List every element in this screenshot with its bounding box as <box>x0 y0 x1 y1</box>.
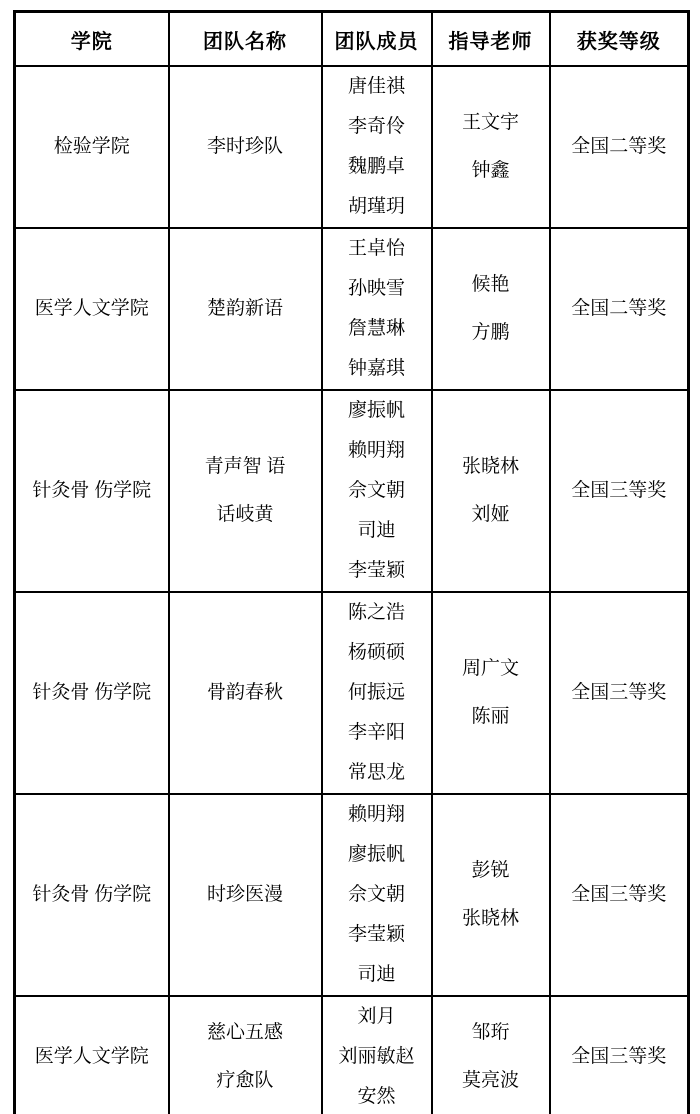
team-members-cell-line: 李辛阳 <box>323 713 431 753</box>
college-cell-line: 医学人文学院 <box>16 1033 168 1081</box>
award-level-cell-line: 全国二等奖 <box>551 123 688 171</box>
advisors-cell: 王文宇钟鑫 <box>432 66 550 228</box>
advisors-cell-line: 刘娅 <box>433 491 549 539</box>
team-name-cell: 青声智 语话岐黄 <box>169 390 322 592</box>
team-members-cell-line: 王卓怡 <box>323 229 431 269</box>
team-name-cell: 楚韵新语 <box>169 228 322 390</box>
award-level-cell-line: 全国三等奖 <box>551 1033 688 1081</box>
table-body: 检验学院李时珍队唐佳祺李奇伶魏鹏卓胡瑾玥王文宇钟鑫全国二等奖医学人文学院楚韵新语… <box>15 66 689 1114</box>
team-name-cell: 时珍医漫 <box>169 794 322 996</box>
table-header: 学院 团队名称 团队成员 指导老师 获奖等级 <box>15 12 689 67</box>
award-level-cell-line: 全国三等奖 <box>551 467 688 515</box>
team-members-cell: 廖振帆赖明翔佘文朝司迪李莹颖 <box>322 390 432 592</box>
team-members-cell-line: 廖振帆 <box>323 391 431 431</box>
table-row: 医学人文学院楚韵新语王卓怡孙映雪詹慧琳钟嘉琪候艳方鹏全国二等奖 <box>15 228 689 390</box>
advisors-cell-line: 方鹏 <box>433 309 549 357</box>
college-cell: 针灸骨 伤学院 <box>15 794 169 996</box>
team-name-cell-line: 话岐黄 <box>170 491 321 539</box>
college-cell-line: 针灸骨 伤学院 <box>16 669 168 717</box>
team-members-cell-line: 李莹颖 <box>323 551 431 591</box>
team-name-cell-line: 骨韵春秋 <box>170 669 321 717</box>
advisors-cell: 彭锐张晓林 <box>432 794 550 996</box>
team-name-cell-line: 青声智 语 <box>170 443 321 491</box>
advisors-cell-line: 陈丽 <box>433 693 549 741</box>
advisors-cell-line: 周广文 <box>433 645 549 693</box>
team-members-cell: 陈之浩杨硕硕何振远李辛阳常思龙 <box>322 592 432 794</box>
college-cell-line: 医学人文学院 <box>16 285 168 333</box>
team-members-cell-line: 佘文朝 <box>323 875 431 915</box>
team-members-cell-line: 唐佳祺 <box>323 67 431 107</box>
advisors-cell: 候艳方鹏 <box>432 228 550 390</box>
team-members-cell-line: 赖明翔 <box>323 795 431 835</box>
team-name-cell-line: 李时珍队 <box>170 123 321 171</box>
college-cell: 检验学院 <box>15 66 169 228</box>
college-cell: 针灸骨 伤学院 <box>15 592 169 794</box>
team-members-cell-line: 刘月 <box>323 997 431 1037</box>
team-name-cell-line: 疗愈队 <box>170 1057 321 1105</box>
team-members-cell-line: 佘文朝 <box>323 471 431 511</box>
header-team-members: 团队成员 <box>322 12 432 67</box>
team-members-cell: 赖明翔廖振帆佘文朝李莹颖司迪 <box>322 794 432 996</box>
award-level-cell-line: 全国二等奖 <box>551 285 688 333</box>
award-level-cell: 全国三等奖 <box>550 390 689 592</box>
award-level-cell: 全国三等奖 <box>550 592 689 794</box>
table-row: 针灸骨 伤学院时珍医漫赖明翔廖振帆佘文朝李莹颖司迪彭锐张晓林全国三等奖 <box>15 794 689 996</box>
team-members-cell-line: 常思龙 <box>323 753 431 793</box>
team-members-cell-line: 孙映雪 <box>323 269 431 309</box>
team-members-cell-line: 陈之浩 <box>323 593 431 633</box>
team-members-cell: 刘月刘丽敏赵安然 <box>322 996 432 1114</box>
team-members-cell-line: 杨硕硕 <box>323 633 431 673</box>
team-members-cell-line: 詹慧琳 <box>323 309 431 349</box>
college-cell: 医学人文学院 <box>15 996 169 1114</box>
team-members-cell-line: 何振远 <box>323 673 431 713</box>
award-level-cell-line: 全国三等奖 <box>551 871 688 919</box>
team-members-cell-line: 胡瑾玥 <box>323 187 431 227</box>
advisors-cell: 周广文陈丽 <box>432 592 550 794</box>
team-members-cell-line: 李奇伶 <box>323 107 431 147</box>
header-award-level: 获奖等级 <box>550 12 689 67</box>
team-name-cell: 李时珍队 <box>169 66 322 228</box>
awards-table: 学院 团队名称 团队成员 指导老师 获奖等级 检验学院李时珍队唐佳祺李奇伶魏鹏卓… <box>13 10 690 1114</box>
header-college: 学院 <box>15 12 169 67</box>
team-members-cell-line: 廖振帆 <box>323 835 431 875</box>
advisors-cell: 张晓林刘娅 <box>432 390 550 592</box>
advisors-cell-line: 王文宇 <box>433 99 549 147</box>
college-cell-line: 检验学院 <box>16 123 168 171</box>
header-row: 学院 团队名称 团队成员 指导老师 获奖等级 <box>15 12 689 67</box>
team-members-cell: 王卓怡孙映雪詹慧琳钟嘉琪 <box>322 228 432 390</box>
table-row: 医学人文学院慈心五感疗愈队刘月刘丽敏赵安然邹珩莫亮波全国三等奖 <box>15 996 689 1114</box>
team-members-cell-line: 魏鹏卓 <box>323 147 431 187</box>
college-cell-line: 针灸骨 伤学院 <box>16 467 168 515</box>
advisors-cell-line: 张晓林 <box>433 895 549 943</box>
team-members-cell: 唐佳祺李奇伶魏鹏卓胡瑾玥 <box>322 66 432 228</box>
advisors-cell-line: 候艳 <box>433 261 549 309</box>
team-members-cell-line: 司迪 <box>323 955 431 995</box>
college-cell: 针灸骨 伤学院 <box>15 390 169 592</box>
header-team-name: 团队名称 <box>169 12 322 67</box>
college-cell: 医学人文学院 <box>15 228 169 390</box>
advisors-cell-line: 邹珩 <box>433 1009 549 1057</box>
document-page: 学院 团队名称 团队成员 指导老师 获奖等级 检验学院李时珍队唐佳祺李奇伶魏鹏卓… <box>0 0 700 1114</box>
award-level-cell-line: 全国三等奖 <box>551 669 688 717</box>
advisors-cell-line: 彭锐 <box>433 847 549 895</box>
college-cell-line: 针灸骨 伤学院 <box>16 871 168 919</box>
team-name-cell-line: 楚韵新语 <box>170 285 321 333</box>
team-name-cell-line: 时珍医漫 <box>170 871 321 919</box>
header-advisors: 指导老师 <box>432 12 550 67</box>
team-name-cell: 慈心五感疗愈队 <box>169 996 322 1114</box>
advisors-cell: 邹珩莫亮波 <box>432 996 550 1114</box>
table-row: 针灸骨 伤学院青声智 语话岐黄廖振帆赖明翔佘文朝司迪李莹颖张晓林刘娅全国三等奖 <box>15 390 689 592</box>
award-level-cell: 全国三等奖 <box>550 794 689 996</box>
table-row: 检验学院李时珍队唐佳祺李奇伶魏鹏卓胡瑾玥王文宇钟鑫全国二等奖 <box>15 66 689 228</box>
document-body: { "table": { "headers": ["学院", "团队名称", "… <box>0 0 700 1114</box>
advisors-cell-line: 莫亮波 <box>433 1057 549 1105</box>
team-members-cell-line: 安然 <box>323 1077 431 1114</box>
team-members-cell-line: 赖明翔 <box>323 431 431 471</box>
team-members-cell-line: 司迪 <box>323 511 431 551</box>
advisors-cell-line: 张晓林 <box>433 443 549 491</box>
table-row: 针灸骨 伤学院骨韵春秋陈之浩杨硕硕何振远李辛阳常思龙周广文陈丽全国三等奖 <box>15 592 689 794</box>
team-members-cell-line: 刘丽敏赵 <box>323 1037 431 1077</box>
award-level-cell: 全国三等奖 <box>550 996 689 1114</box>
award-level-cell: 全国二等奖 <box>550 66 689 228</box>
team-members-cell-line: 李莹颖 <box>323 915 431 955</box>
advisors-cell-line: 钟鑫 <box>433 147 549 195</box>
team-name-cell: 骨韵春秋 <box>169 592 322 794</box>
team-name-cell-line: 慈心五感 <box>170 1009 321 1057</box>
team-members-cell-line: 钟嘉琪 <box>323 349 431 389</box>
award-level-cell: 全国二等奖 <box>550 228 689 390</box>
